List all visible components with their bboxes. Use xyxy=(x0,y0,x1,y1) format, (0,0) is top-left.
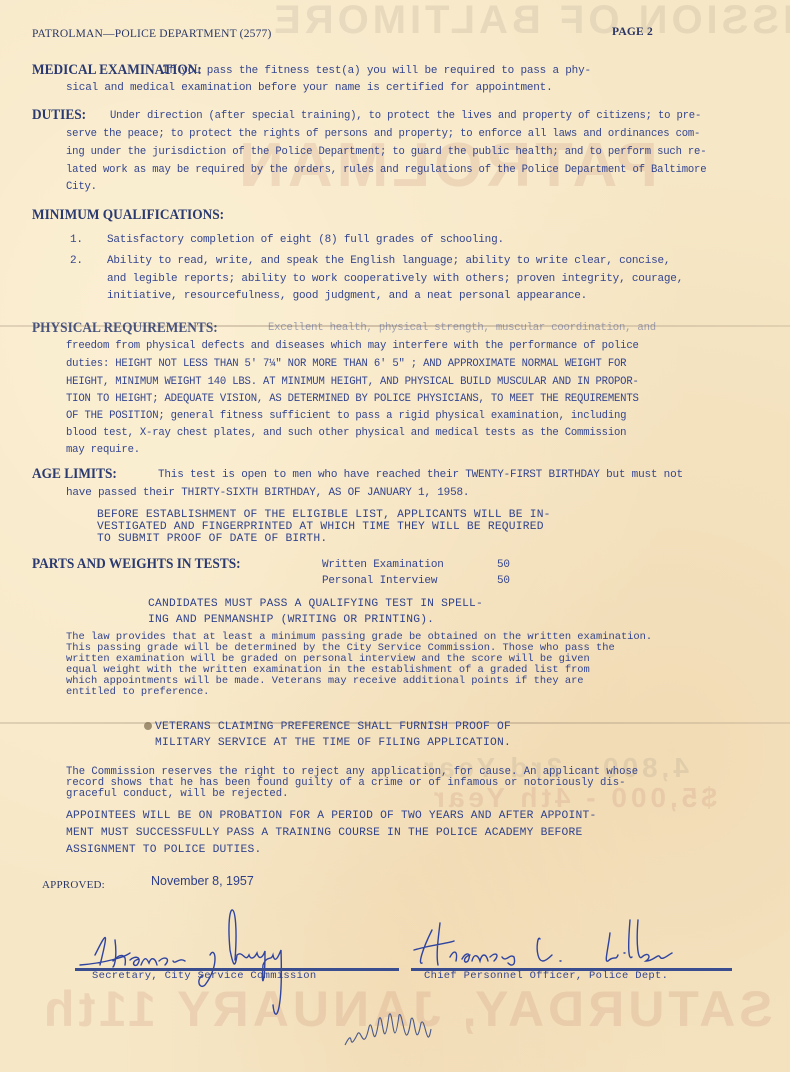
age-notice: VESTIGATED AND FINGERPRINTED AT WHICH TI… xyxy=(97,521,544,533)
probation-notice: ASSIGNMENT TO POLICE DUTIES. xyxy=(66,844,261,856)
physical-line: Excellent health, physical strength, mus… xyxy=(268,322,656,334)
age-line: This test is open to men who have reache… xyxy=(158,469,683,481)
qualification-text: Satisfactory completion of eight (8) ful… xyxy=(107,234,504,246)
commission-paragraph-line: graceful conduct, will be rejected. xyxy=(66,789,289,800)
section-heading-age: AGE LIMITS: xyxy=(32,466,117,483)
approved-label: APPROVED: xyxy=(42,879,105,891)
section-heading-qualifications: MINIMUM QUALIFICATIONS: xyxy=(32,207,224,224)
section-heading-physical: PHYSICAL REQUIREMENTS: xyxy=(32,320,218,337)
qualification-text: and legible reports; ability to work coo… xyxy=(107,273,683,285)
section-heading-parts: PARTS AND WEIGHTS IN TESTS: xyxy=(32,556,241,573)
physical-line: OF THE POSITION; general fitness suffici… xyxy=(66,410,626,422)
physical-line: blood test, X-ray chest plates, and such… xyxy=(66,427,626,439)
signatory-title-chief: Chief Personnel Officer, Police Dept. xyxy=(424,970,668,982)
qualification-number: 2. xyxy=(70,255,83,267)
qualifying-notice: CANDIDATES MUST PASS A QUALIFYING TEST I… xyxy=(148,598,483,610)
duties-line: lated work as may be required by the ord… xyxy=(66,164,706,176)
age-notice: TO SUBMIT PROOF OF DATE OF BIRTH. xyxy=(97,533,327,545)
duties-line: Under direction (after special training)… xyxy=(110,110,701,122)
age-line: have passed their THIRTY-SIXTH BIRTHDAY,… xyxy=(66,487,469,499)
test-part-weight: 50 xyxy=(497,575,510,587)
section-heading-duties: DUTIES: xyxy=(32,107,86,124)
duties-line: ing under the jurisdiction of the Police… xyxy=(66,146,706,158)
law-paragraph-line: entitled to preference. xyxy=(66,687,209,698)
physical-line: TION TO HEIGHT; ADEQUATE VISION, AS DETE… xyxy=(66,393,639,405)
medical-line: If you pass the fitness test(a) you will… xyxy=(162,65,591,77)
approval-date: November 8, 1957 xyxy=(151,874,254,888)
duties-line: serve the peace; to protect the rights o… xyxy=(66,128,700,140)
qualifying-notice: ING AND PENMANSHIP (WRITING OR PRINTING)… xyxy=(148,614,434,626)
test-part-weight: 50 xyxy=(497,559,510,571)
qualification-number: 1. xyxy=(70,234,83,246)
physical-line: may require. xyxy=(66,444,140,456)
age-notice: BEFORE ESTABLISHMENT OF THE ELIGIBLE LIS… xyxy=(97,509,551,521)
veterans-notice: MILITARY SERVICE AT THE TIME OF FILING A… xyxy=(155,737,511,749)
duties-line: City. xyxy=(66,181,97,193)
qualification-text: initiative, resourcefulness, good judgme… xyxy=(107,290,587,302)
page-number: PAGE 2 xyxy=(612,26,653,38)
test-part-name: Written Examination xyxy=(322,559,444,571)
document-title: PATROLMAN—POLICE DEPARTMENT (2577) xyxy=(32,28,272,40)
probation-notice: APPOINTEES WILL BE ON PROBATION FOR A PE… xyxy=(66,810,596,822)
physical-line: HEIGHT, MINIMUM WEIGHT 140 LBS. AT MINIM… xyxy=(66,376,639,388)
ink-spot-icon xyxy=(144,722,152,730)
veterans-notice: VETERANS CLAIMING PREFERENCE SHALL FURNI… xyxy=(155,721,511,733)
document-page: PATROLMAN—POLICE DEPARTMENT (2577) PAGE … xyxy=(0,0,790,1072)
probation-notice: MENT MUST SUCCESSFULLY PASS A TRAINING C… xyxy=(66,827,582,839)
test-part-name: Personal Interview xyxy=(322,575,437,587)
pen-scribble xyxy=(335,1005,445,1065)
qualification-text: Ability to read, write, and speak the En… xyxy=(107,255,670,267)
medical-line: sical and medical examination before you… xyxy=(66,82,552,94)
physical-line: freedom from physical defects and diseas… xyxy=(66,340,639,352)
signatory-title-secretary: Secretary, City Service Commission xyxy=(92,970,316,982)
physical-line: duties: HEIGHT NOT LESS THAN 5' 7¼" NOR … xyxy=(66,358,626,370)
